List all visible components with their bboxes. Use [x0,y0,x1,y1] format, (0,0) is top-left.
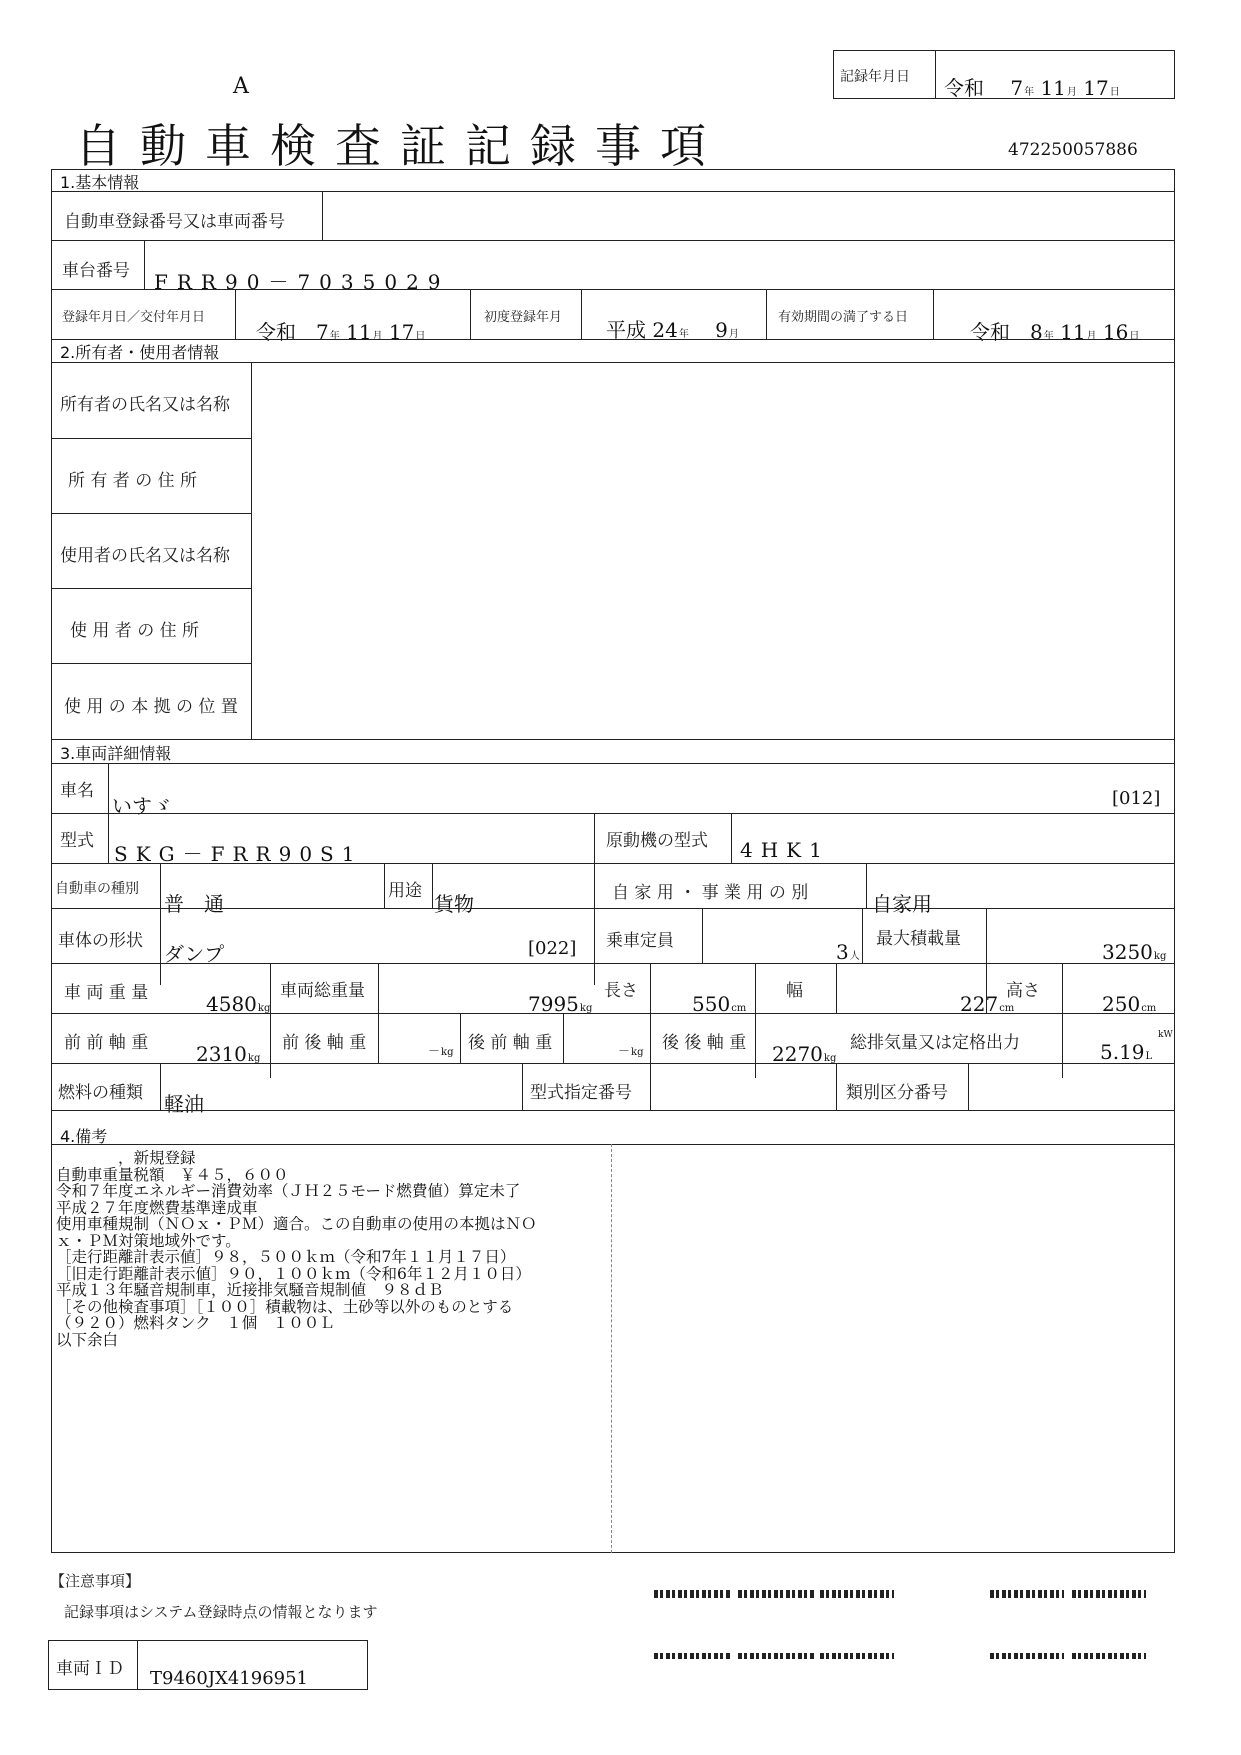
category-number-label: 類別区分番号 [846,1078,948,1103]
kind-label: 自動車の種別 [55,878,139,898]
max-load-value: 3250kg [1102,940,1166,964]
remarks-divider [611,1144,612,1553]
front-front-axle-label: 前 前 軸 重 [64,1028,148,1053]
body-shape-label: 車体の形状 [58,926,143,951]
record-date-value: 令和 7年 11月 17日 [944,72,1120,101]
section-owner-user-heading: 2.所有者・使用者情報 [60,340,219,363]
qr-code-5-top [1072,1590,1146,1598]
gross-weight-label: 車両総重量 [280,976,365,1001]
reg-date-label: 登録年月日／交付年月日 [62,306,205,325]
car-name: いすゞ [112,790,172,819]
reg-number-label: 自動車登録番号又は車両番号 [64,207,285,232]
front-rear-axle: －kg [428,1042,453,1059]
vehicle-id: T9460JX4196951 [150,1668,308,1689]
chassis-label: 車台番号 [62,256,130,281]
height-label: 高さ [1006,976,1040,1001]
remarks-text: ，新規登録 自動車重量税額 ￥４５，６００ 令和７年度エネルギー消費効率（ＪＨ２… [56,1150,537,1348]
qr-code-2-top [738,1590,814,1598]
private-business-label: 自 家 用 ・ 事 業 用 の 別 [612,878,808,903]
width-label: 幅 [786,976,803,1001]
page-title: 自動車検査証記録事項 [75,110,725,176]
capacity-value: 3人 [836,940,860,964]
length-label: 長さ [604,976,638,1001]
car-name-code: [012] [1112,788,1160,809]
expiry-value: 令和 8年 11月 16日 [970,316,1139,345]
private-business-value: 自家用 [872,888,932,917]
qr-code-4-top [990,1590,1064,1598]
front-rear-axle-label: 前 後 軸 重 [282,1028,366,1053]
qr-code-1-top [654,1590,730,1598]
max-load-label: 最大積載量 [876,924,961,949]
vehicle-id-label: 車両ＩＤ [56,1654,124,1679]
qr-code-3-top [820,1590,894,1598]
first-reg-label: 初度登録年月 [484,306,562,325]
capacity-label: 乗車定員 [606,926,674,951]
reg-date-value: 令和 7年 11月 17日 [256,316,425,345]
qr-code-2-bottom [738,1653,814,1659]
engine-label: 原動機の型式 [606,826,708,851]
body-shape-code: [022] [528,938,576,959]
displacement-value: 5.19L [1100,1040,1152,1064]
model-label: 型式 [60,826,94,851]
record-date-label: 記録年月日 [840,66,910,86]
section-basic-info-heading: 1.基本情報 [60,170,139,193]
use-value: 貨物 [434,888,474,917]
expiry-label: 有効期間の満了する日 [778,306,908,325]
section-vehicle-details-heading: 3.車両詳細情報 [60,741,171,764]
engine-model: 4HK1 [740,838,830,862]
displacement-label: 総排気量又は定格出力 [850,1028,1020,1053]
qr-code-5-bottom [1072,1653,1146,1659]
fuel-type-label: 燃料の種類 [58,1078,143,1103]
displacement-unit-kw: kW [1158,1030,1173,1040]
owner-name-label: 所有者の氏名又は名称 [60,390,230,415]
rear-rear-axle-label: 後 後 軸 重 [662,1028,746,1053]
type-designation-label: 型式指定番号 [530,1078,632,1103]
base-location-label: 使 用 の 本 拠 の 位 置 [64,692,238,717]
notice-heading: 【注意事項】 [50,1570,140,1591]
rear-front-axle-label: 後 前 軸 重 [468,1028,552,1053]
user-address-label: 使 用 者 の 住 所 [70,616,199,641]
document-number: 472250057886 [1008,140,1138,160]
car-name-label: 車名 [60,776,94,801]
notice-text: 記録事項はシステム登録時点の情報となります [64,1601,378,1622]
qr-code-4-bottom [990,1653,1064,1659]
qr-code-3-bottom [820,1653,894,1659]
fuel-type: 軽油 [164,1088,204,1117]
form-mark: A [233,74,249,99]
owner-address-label: 所 有 者 の 住 所 [68,466,197,491]
chassis-number: FRR90－7035029 [154,266,450,295]
user-name-label: 使用者の氏名又は名称 [60,541,230,566]
kind-value: 普 通 [164,888,224,917]
vehicle-weight-label: 車 両 重 量 [64,978,148,1003]
qr-code-1-bottom [654,1653,730,1659]
rear-front-axle: －kg [618,1042,643,1059]
use-label: 用途 [388,876,422,901]
